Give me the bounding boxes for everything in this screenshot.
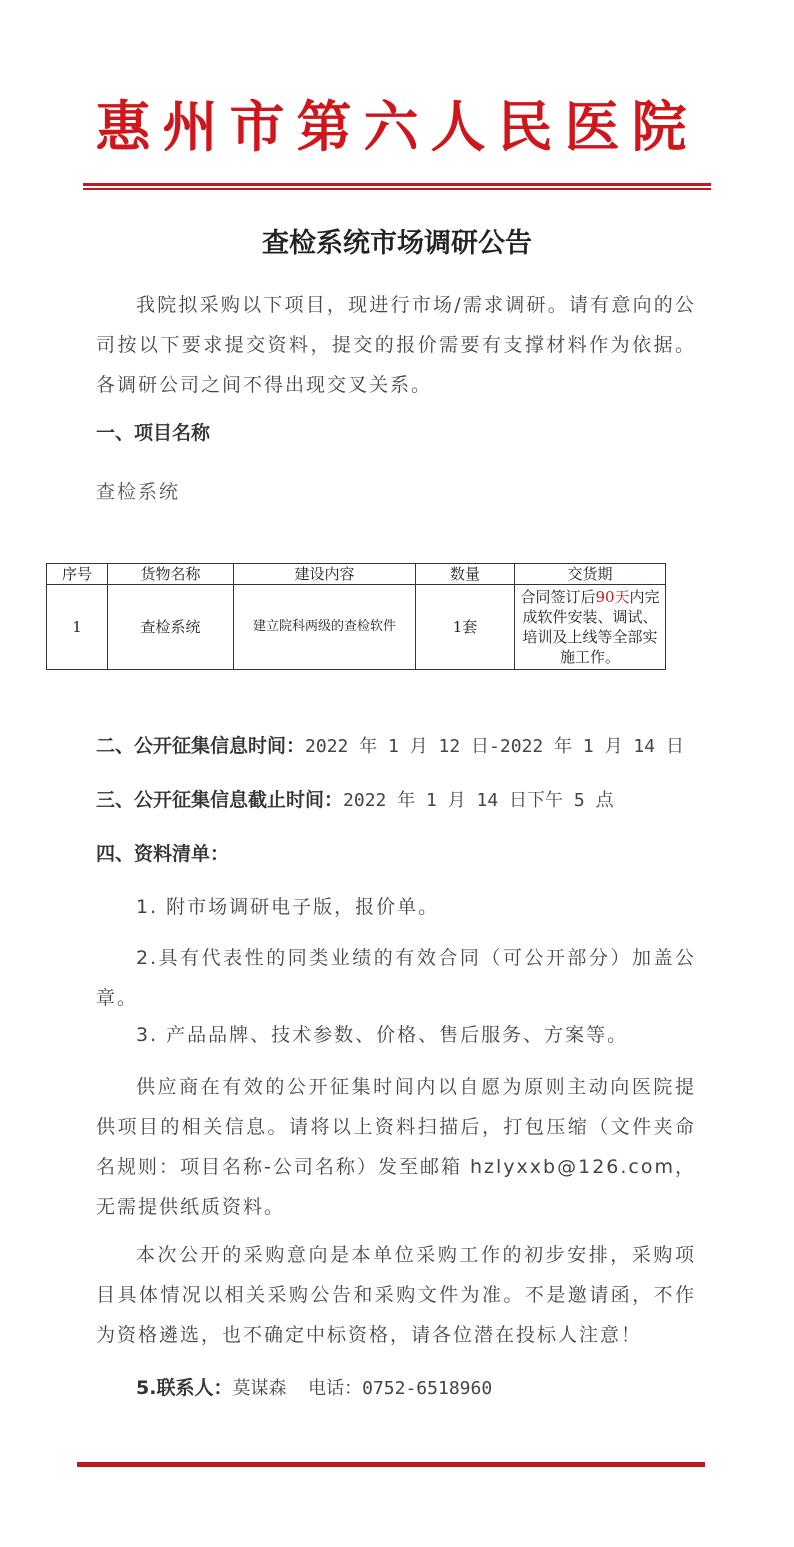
contact: 5.联系人：莫谋森 电话：0752-6518960 [136,1373,492,1404]
section3: 三、公开征集信息截止时间：2022 年 1 月 14 日下午 5 点 [96,785,614,816]
col-header-delivery: 交货期 [515,564,666,585]
contact-info: 莫谋森 电话：0752-6518960 [232,1378,492,1399]
col-header-name: 货物名称 [108,564,234,585]
material-item-3: 3. 产品品牌、技术参数、价格、售后服务、方案等。 [96,1015,696,1055]
col-header-quantity: 数量 [416,564,515,585]
contact-heading: 5.联系人： [136,1377,232,1399]
material-item-1: 1. 附市场调研电子版，报价单。 [96,887,696,927]
material-item-2: 2.具有代表性的同类业绩的有效合同（可公开部分）加盖公章。 [96,938,696,1018]
document-title: 查检系统市场调研公告 [0,224,794,264]
col-header-index: 序号 [47,564,108,585]
hospital-name-letterhead: 惠州市第六人民医院 [0,92,794,162]
col-header-content: 建设内容 [234,564,416,585]
letterhead-rule-thin [83,188,711,190]
project-name: 查检系统 [96,472,696,512]
intro-paragraph: 我院拟采购以下项目，现进行市场/需求调研。请有意向的公司按以下要求提交资料，提交… [96,285,696,405]
table-row: 1 查检系统 建立院科两级的查检软件 1套 合同签订后90天内完成软件安装、调试… [47,585,666,670]
cell-content: 建立院科两级的查检软件 [234,585,416,670]
goods-table: 序号 货物名称 建设内容 数量 交货期 1 查检系统 建立院科两级的查检软件 1… [46,563,666,670]
footer-rule [77,1462,705,1467]
cell-quantity: 1套 [416,585,515,670]
collection-period: 2022 年 1 月 12 日-2022 年 1 月 14 日 [305,736,684,757]
deadline: 2022 年 1 月 14 日下午 5 点 [343,790,614,811]
cell-index: 1 [47,585,108,670]
section4-heading: 四、资料清单： [96,839,229,869]
section3-heading: 三、公开征集信息截止时间： [96,789,343,811]
section1-heading: 一、项目名称 [96,418,210,448]
cell-name: 查检系统 [108,585,234,670]
section2-heading: 二、公开征集信息时间： [96,735,305,757]
delivery-prefix: 合同签订后 [520,588,595,606]
delivery-days-highlight: 90天 [595,588,629,606]
letterhead-rule [83,183,711,186]
submission-note: 供应商在有效的公开征集时间内以自愿为原则主动向医院提供项目的相关信息。请将以上资… [96,1067,696,1227]
section2: 二、公开征集信息时间：2022 年 1 月 12 日-2022 年 1 月 14… [96,731,684,762]
disclaimer-paragraph: 本次公开的采购意向是本单位采购工作的初步安排，采购项目具体情况以相关采购公告和采… [96,1235,696,1355]
cell-delivery: 合同签订后90天内完成软件安装、调试、培训及上线等全部实施工作。 [515,585,666,670]
table-header-row: 序号 货物名称 建设内容 数量 交货期 [47,564,666,585]
